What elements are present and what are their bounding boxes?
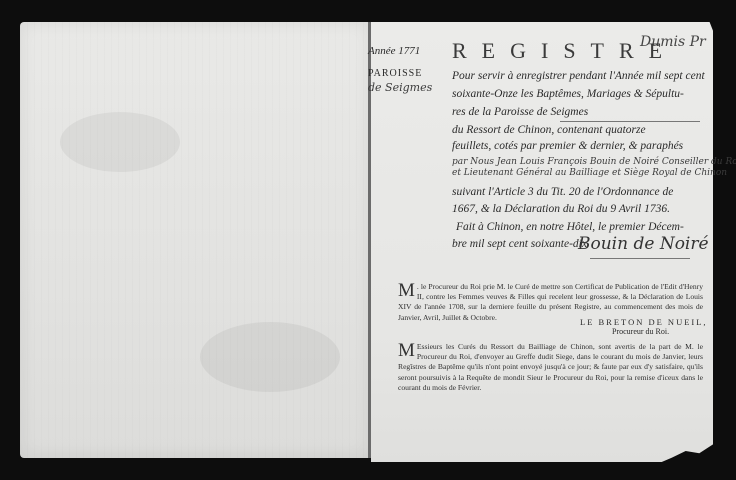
- notice-text: . le Procureur du Roi prie M. le Curé de…: [398, 282, 703, 322]
- fill-rule: [590, 258, 690, 259]
- register-line: soixante-Onze les Baptêmes, Mariages & S…: [452, 88, 684, 100]
- fill-rule: [560, 121, 700, 122]
- notice-signer-title: Procureur du Roi.: [612, 327, 669, 336]
- register-line-handwritten: et Lieutenant Général au Bailliage et Si…: [452, 168, 727, 178]
- left-page-blank: [20, 22, 370, 458]
- register-line: 1667, & la Déclaration du Roi du 9 Avril…: [452, 203, 670, 215]
- register-line: res de la Paroisse de Seigmes: [452, 106, 588, 118]
- parish-name: de Seigmes: [368, 81, 432, 94]
- register-line: du Ressort de Chinon, contenant quatorze: [452, 124, 646, 136]
- register-line: feuillets, cotés par premier & dernier, …: [452, 140, 683, 152]
- drop-cap: M: [398, 282, 415, 299]
- parish-label: PAROISSE: [368, 68, 422, 79]
- drop-cap: M: [398, 342, 415, 359]
- notice-cures: MEssieurs les Curés du Ressort du Bailli…: [398, 342, 703, 393]
- register-line: suivant l'Article 3 du Tit. 20 de l'Ordo…: [452, 186, 673, 198]
- register-line: Pour servir à enregistrer pendant l'Anné…: [452, 70, 705, 82]
- register-line: bre mil sept cent soixante-dix: [452, 238, 587, 250]
- year-label: Année 1771: [368, 45, 420, 57]
- signature: Bouin de Noiré: [578, 234, 709, 254]
- register-line: Fait à Chinon, en notre Hôtel, le premie…: [456, 221, 684, 233]
- notice-text: Essieurs les Curés du Ressort du Baillia…: [398, 342, 703, 392]
- page-title: REGISTRE: [452, 38, 677, 64]
- register-line-handwritten: par Nous Jean Louis François Bouin de No…: [452, 157, 736, 167]
- notice-signer: LE BRETON DE NUEIL,: [580, 317, 708, 327]
